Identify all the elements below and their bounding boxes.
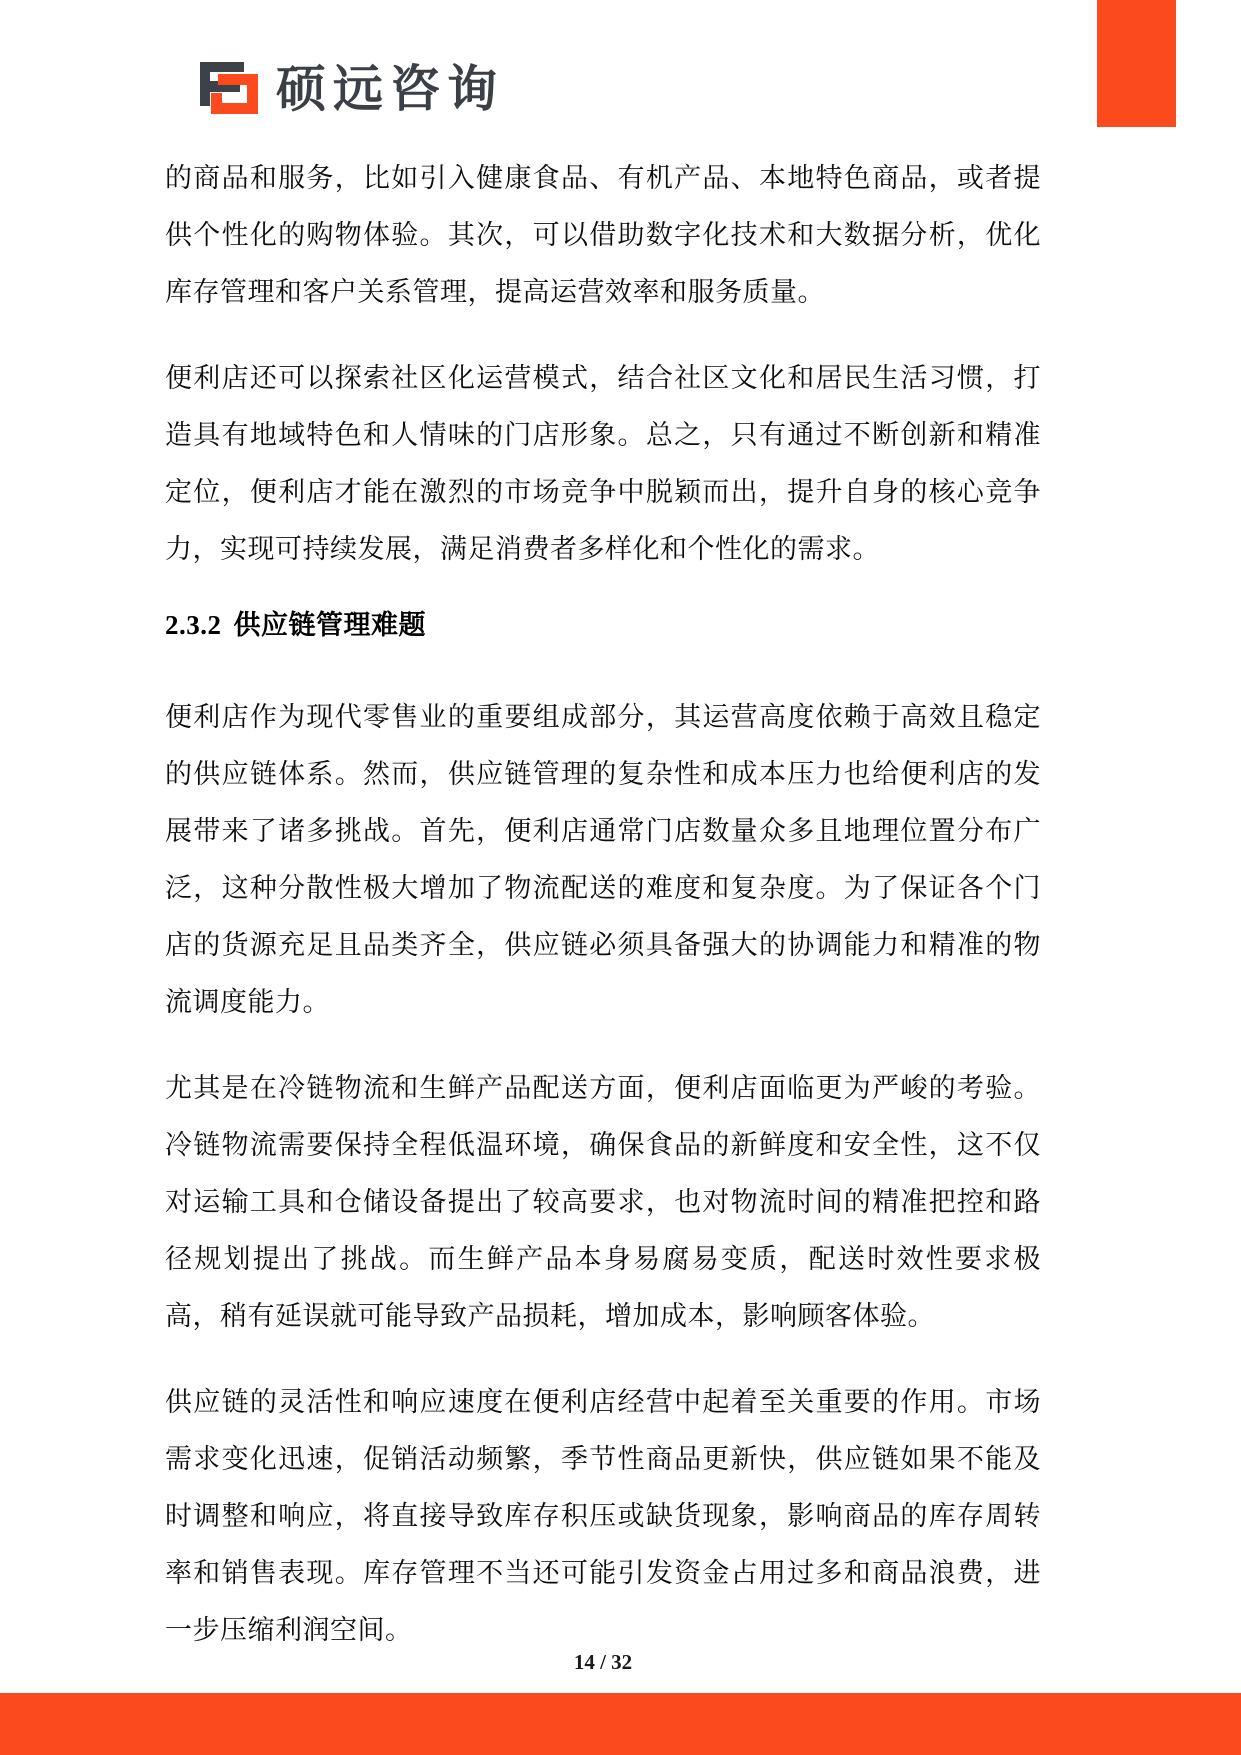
body-paragraph: 便利店还可以探索社区化运营模式，结合社区文化和居民生活习惯，打造具有地域特色和人… [165, 350, 1041, 578]
section-heading-number: 2.3.2 [165, 610, 222, 640]
page-footer: 14 / 32 [165, 1650, 1041, 1675]
section-heading: 2.3.2供应链管理难题 [165, 607, 1041, 643]
body-paragraph: 的商品和服务，比如引入健康食品、有机产品、本地特色商品，或者提供个性化的购物体验… [165, 150, 1041, 321]
body-paragraph: 尤其是在冷链物流和生鲜产品配送方面，便利店面临更为严峻的考验。冷链物流需要保持全… [165, 1060, 1041, 1345]
page-number: 14 / 32 [574, 1650, 632, 1674]
page-content: 的商品和服务，比如引入健康食品、有机产品、本地特色商品，或者提供个性化的购物体验… [165, 150, 1041, 1688]
brand-header: 硕远咨询 [198, 60, 504, 118]
document-page: 硕远咨询 的商品和服务，比如引入健康食品、有机产品、本地特色商品，或者提供个性化… [0, 0, 1241, 1755]
brand-name: 硕远咨询 [276, 64, 504, 114]
body-paragraph: 供应链的灵活性和响应速度在便利店经营中起着至关重要的作用。市场需求变化迅速，促销… [165, 1374, 1041, 1659]
body-paragraph: 便利店作为现代零售业的重要组成部分，其运营高度依赖于高效且稳定的供应链体系。然而… [165, 689, 1041, 1031]
top-right-accent-block [1097, 0, 1176, 127]
bottom-accent-bar [0, 1693, 1241, 1755]
section-heading-title: 供应链管理难题 [234, 610, 427, 640]
brand-logo-icon [198, 60, 262, 118]
